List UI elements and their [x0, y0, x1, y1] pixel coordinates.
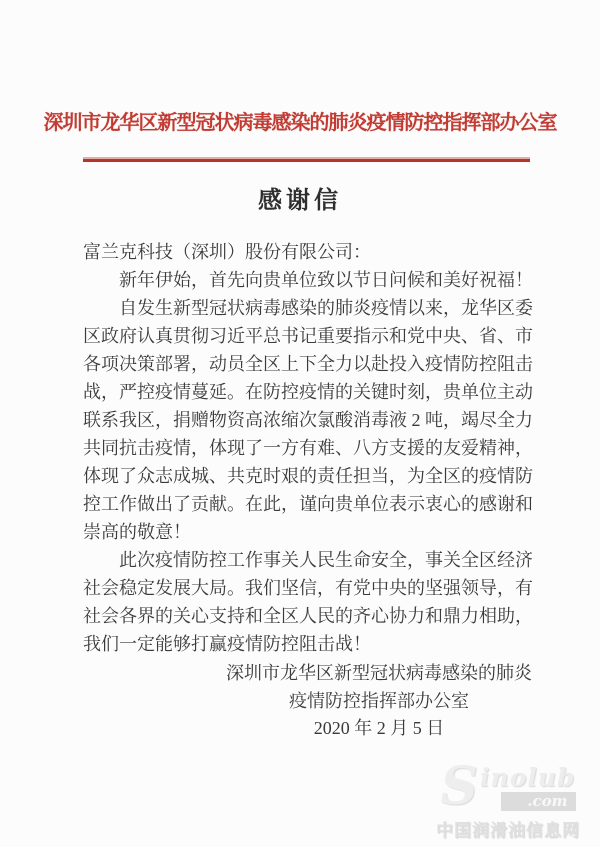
salutation: 富兰克科技（深圳）股份有限公司： [83, 238, 533, 266]
signature-block: 深圳市龙华区新型冠状病毒感染的肺炎 疫情防控指挥部办公室 2020 年 2 月 … [226, 660, 532, 743]
letter-title: 感谢信 [0, 180, 600, 215]
sinolub-logo-com-badge: .com [501, 792, 575, 811]
paragraph-closing: 此次疫情防控工作事关人民生命安全，事关全区经济社会稳定发展大局。我们坚信，有党中… [83, 546, 533, 658]
paragraph-donation: 自发生新型冠状病毒感染的肺炎疫情以来，龙华区委区政府认真贯彻习近平总书记重要指示… [83, 294, 533, 546]
sinolub-logo-initial: S [440, 761, 478, 813]
paragraph-greeting: 新年伊始，首先向贵单位致以节日问候和美好祝福！ [83, 266, 533, 294]
sinolub-watermark: S inolub .com 中国润滑油信息网 [422, 761, 594, 841]
signature-org-line-2: 疫情防控指挥部办公室 [226, 688, 532, 716]
letterhead-title: 深圳市龙华区新型冠状病毒感染的肺炎疫情防控指挥部办公室 [30, 106, 570, 135]
letterhead-rule [83, 159, 530, 162]
letter-body: 富兰克科技（深圳）股份有限公司： 新年伊始，首先向贵单位致以节日问候和美好祝福！… [83, 238, 533, 658]
signature-date: 2020 年 2 月 5 日 [226, 715, 532, 743]
sinolub-tagline: 中国润滑油信息网 [422, 816, 594, 841]
letter-page: 深圳市龙华区新型冠状病毒感染的肺炎疫情防控指挥部办公室 感谢信 富兰克科技（深圳… [0, 0, 600, 847]
signature-org-line-1: 深圳市龙华区新型冠状病毒感染的肺炎 [226, 660, 532, 688]
sinolub-logo-icon: S inolub .com [422, 761, 594, 813]
sinolub-logo-text: inolub [480, 765, 576, 790]
